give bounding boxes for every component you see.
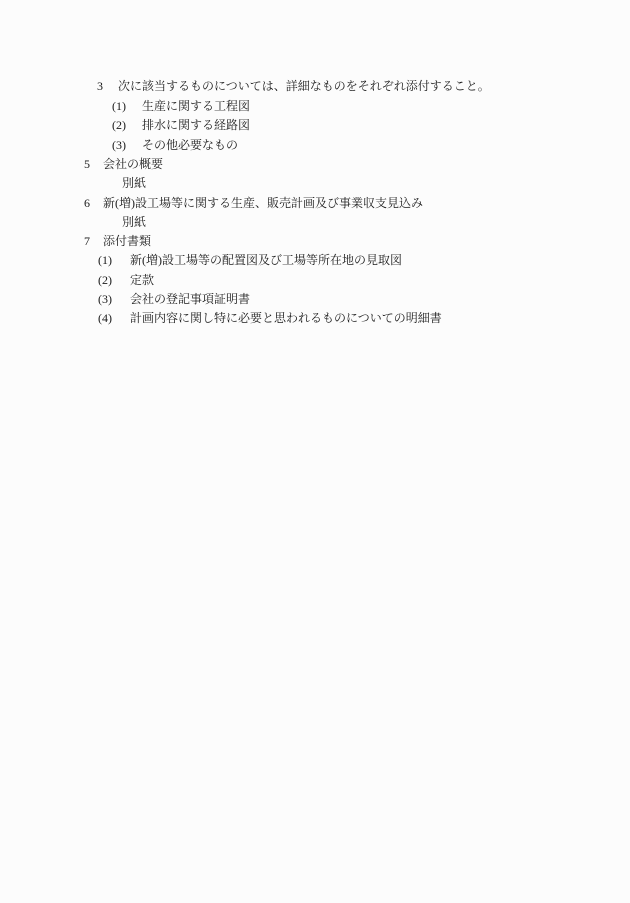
item-7-sub-2: (2)定款: [98, 273, 154, 287]
document-page: 3次に該当するものについては、詳細なものをそれぞれ添付すること。 (1)生産に関…: [0, 0, 630, 903]
item-marker: (3): [112, 138, 142, 152]
item-5-heading: 5会社の概要: [84, 157, 163, 171]
item-3-sub-2: (2)排水に関する経路図: [112, 118, 250, 132]
item-text: 別紙: [122, 215, 146, 229]
item-marker: (1): [112, 99, 142, 113]
item-6-heading: 6新(増)設工場等に関する生産、販売計画及び事業収支見込み: [84, 196, 423, 210]
item-3-heading: 3次に該当するものについては、詳細なものをそれぞれ添付すること。: [97, 79, 490, 93]
item-text: 会社の登記事項証明書: [130, 292, 250, 306]
item-5-note: 別紙: [122, 176, 146, 190]
item-7-sub-4: (4)計画内容に関し特に必要と思われるものについての明細書: [98, 311, 442, 325]
item-text: 別紙: [122, 176, 146, 190]
item-text: 会社の概要: [103, 157, 163, 171]
item-text: 排水に関する経路図: [142, 118, 250, 132]
item-3-sub-3: (3)その他必要なもの: [112, 138, 238, 152]
item-marker: (2): [112, 118, 142, 132]
item-7-heading: 7添付書類: [84, 234, 151, 248]
item-text: 新(増)設工場等の配置図及び工場等所在地の見取図: [130, 253, 402, 267]
item-text: 添付書類: [103, 234, 151, 248]
item-3-sub-1: (1)生産に関する工程図: [112, 99, 250, 113]
item-marker: (4): [98, 311, 130, 325]
item-marker: 5: [84, 157, 103, 171]
item-7-sub-3: (3)会社の登記事項証明書: [98, 292, 250, 306]
item-marker: 3: [97, 79, 118, 93]
item-text: その他必要なもの: [142, 138, 238, 152]
item-text: 生産に関する工程図: [142, 99, 250, 113]
item-marker: 7: [84, 234, 103, 248]
item-text: 計画内容に関し特に必要と思われるものについての明細書: [130, 311, 442, 325]
item-marker: 6: [84, 196, 103, 210]
item-text: 新(増)設工場等に関する生産、販売計画及び事業収支見込み: [103, 196, 423, 210]
item-6-note: 別紙: [122, 215, 146, 229]
item-text: 次に該当するものについては、詳細なものをそれぞれ添付すること。: [118, 79, 490, 93]
item-marker: (2): [98, 273, 130, 287]
item-7-sub-1: (1)新(増)設工場等の配置図及び工場等所在地の見取図: [98, 253, 402, 267]
item-marker: (3): [98, 292, 130, 306]
item-marker: (1): [98, 253, 130, 267]
item-text: 定款: [130, 273, 154, 287]
